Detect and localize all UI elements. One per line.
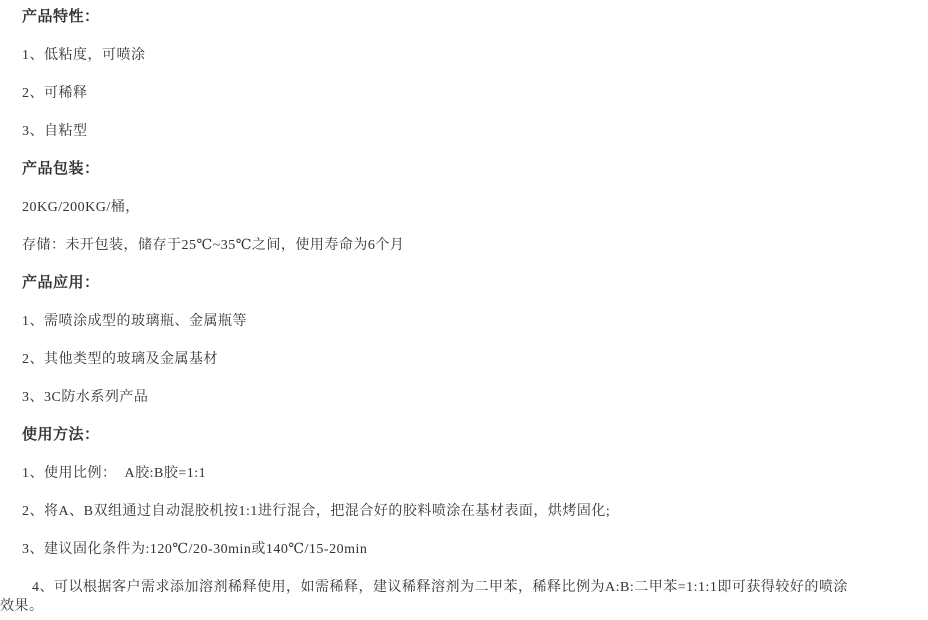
application-item: 3、3C防水系列产品 <box>22 388 928 407</box>
usage-item: 4、可以根据客户需求添加溶剂稀释使用，如需稀释，建议稀释溶剂为二甲苯，稀释比例为… <box>0 578 851 616</box>
feature-item: 1、低粘度，可喷涂 <box>22 46 928 65</box>
usage-item: 3、建议固化条件为:120℃/20-30min或140℃/15-20min <box>22 540 928 559</box>
section-heading-usage-method: 使用方法： <box>22 426 928 445</box>
storage-item: 存储：未开包装，储存于25℃~35℃之间，使用寿命为6个月 <box>22 236 928 255</box>
packaging-item: 20KG/200KG/桶， <box>22 198 928 217</box>
section-heading-product-features: 产品特性： <box>22 8 928 27</box>
section-heading-product-packaging: 产品包装： <box>22 160 928 179</box>
usage-item: 2、将A、B双组通过自动混胶机按1:1进行混合，把混合好的胶料喷涂在基材表面，烘… <box>22 502 928 521</box>
application-item: 2、其他类型的玻璃及金属基材 <box>22 350 928 369</box>
usage-item: 1、使用比例： A胶:B胶=1:1 <box>22 464 928 483</box>
feature-item: 2、可稀释 <box>22 84 928 103</box>
section-heading-product-applications: 产品应用： <box>22 274 928 293</box>
feature-item: 3、自粘型 <box>22 122 928 141</box>
application-item: 1、需喷涂成型的玻璃瓶、金属瓶等 <box>22 312 928 331</box>
product-description-document: 产品特性： 1、低粘度，可喷涂 2、可稀释 3、自粘型 产品包装： 20KG/2… <box>0 8 928 620</box>
